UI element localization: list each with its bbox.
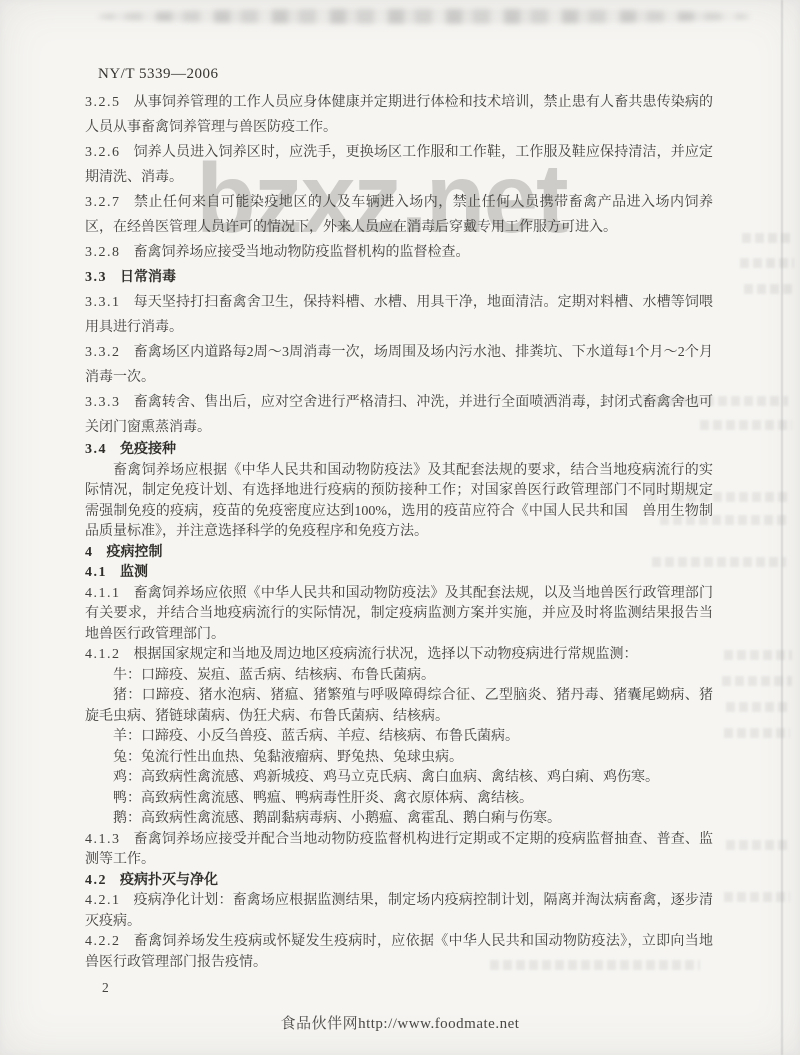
disease-list-item: 鸡：高致病性禽流感、鸡新城疫、鸡马立克氏病、禽白血病、禽结核、鸡白痢、鸡伤寒。	[85, 768, 713, 789]
clause-text: 从事饲养管理的工作人员应身体健康并定期进行体检和技术培训，禁止患有人畜共患传染病…	[85, 95, 713, 135]
clause-text: 疫病控制	[107, 545, 163, 560]
page-number: 2	[102, 980, 109, 996]
section-heading: 4疫病控制	[85, 543, 713, 564]
clause-paragraph: 4.2.2畜禽饲养场发生疫病或怀疑发生疫病时，应依据《中华人民共和国动物防疫法》…	[85, 932, 713, 973]
clause-text: 牛：口蹄疫、炭疽、蓝舌病、结核病、布鲁氏菌病。	[113, 668, 435, 683]
disease-list-item: 羊：口蹄疫、小反刍兽疫、蓝舌病、羊痘、结核病、布鲁氏菌病。	[85, 727, 713, 748]
clause-number: 3.3	[85, 270, 120, 285]
clause-text: 日常消毒	[120, 270, 176, 285]
clause-paragraph: 3.2.6饲养人员进入饲养区时，应洗手，更换场区工作服和工作鞋，工作服及鞋应保持…	[85, 140, 713, 190]
clause-text: 免疫接种	[120, 442, 176, 457]
clause-paragraph: 4.1.3畜禽饲养场应接受并配合当地动物防疫监督机构进行定期或不定期的疫病监督抽…	[85, 830, 713, 871]
clause-paragraph: 4.1.2根据国家规定和当地及周边地区疫病流行状况，选择以下动物疫病进行常规监测…	[85, 645, 713, 666]
bleed-through-artifact	[726, 702, 790, 712]
clause-number: 4.1.2	[85, 647, 134, 662]
clause-text: 兔：兔流行性出血热、兔黏液瘤病、野兔热、兔球虫病。	[113, 750, 463, 765]
bleed-through-artifact	[722, 676, 792, 686]
clause-number: 4.2.1	[85, 893, 134, 908]
clause-paragraph: 3.2.5从事饲养管理的工作人员应身体健康并定期进行体检和技术培训，禁止患有人畜…	[85, 90, 713, 140]
clause-text: 鸭：高致病性禽流感、鸭瘟、鸭病毒性肝炎、禽衣原体病、禽结核。	[113, 791, 533, 806]
clause-paragraph: 3.3.3畜禽转舍、售出后，应对空舍进行严格清扫、冲洗，并进行全面喷洒消毒，封闭…	[85, 390, 713, 440]
bleed-through-artifact	[744, 284, 792, 294]
bleed-through-artifact	[726, 840, 790, 850]
clause-number: 4.1.3	[85, 832, 134, 847]
clause-text: 猪：口蹄疫、猪水泡病、猪瘟、猪繁殖与呼吸障碍综合征、乙型脑炎、猪丹毒、猪囊尾蚴病…	[85, 688, 713, 724]
disease-list-item: 牛：口蹄疫、炭疽、蓝舌病、结核病、布鲁氏菌病。	[85, 666, 713, 687]
clause-paragraph: 3.3.2畜禽场区内道路每2周～3周消毒一次，场周围及场内污水池、排粪坑、下水道…	[85, 340, 713, 390]
clause-text: 畜禽饲养场应接受当地动物防疫监督机构的监督检查。	[134, 245, 470, 260]
section-heading: 3.3日常消毒	[85, 265, 713, 290]
bleed-through-artifact	[724, 650, 792, 660]
clause-text: 禁止任何来自可能染疫地区的人及车辆进入场内，禁止任何人员携带畜禽产品进入场内饲养…	[85, 195, 713, 235]
disease-list-item: 鹅：高致病性禽流感、鹅副黏病毒病、小鹅瘟、禽霍乱、鹅白痢与伤寒。	[85, 809, 713, 830]
clause-paragraph: 3.2.7禁止任何来自可能染疫地区的人及车辆进入场内，禁止任何人员携带畜禽产品进…	[85, 190, 713, 240]
clause-text: 畜禽饲养场应根据《中华人民共和国动物防疫法》及其配套法规的要求，结合当地疫病流行…	[85, 463, 713, 540]
bleed-through-artifact	[740, 258, 794, 268]
clause-text: 疫病扑灭与净化	[120, 873, 218, 888]
scanned-document-page: bzxz.net NY/T 5339—2006 3.2.5从事饲养管理的工作人员…	[0, 0, 800, 1055]
clause-number: 4.1	[85, 565, 120, 580]
clause-text: 监测	[120, 565, 148, 580]
bleed-through-artifact	[700, 420, 792, 430]
clause-number: 4.2.2	[85, 934, 134, 949]
disease-list-item: 鸭：高致病性禽流感、鸭瘟、鸭病毒性肝炎、禽衣原体病、禽结核。	[85, 789, 713, 810]
clause-number: 3.2.8	[85, 245, 134, 260]
clause-text: 根据国家规定和当地及周边地区疫病流行状况，选择以下动物疫病进行常规监测：	[134, 647, 638, 662]
disease-list-item: 猪：口蹄疫、猪水泡病、猪瘟、猪繁殖与呼吸障碍综合征、乙型脑炎、猪丹毒、猪囊尾蚴病…	[85, 686, 713, 727]
clause-number: 3.3.2	[85, 345, 134, 360]
disease-list-item: 兔：兔流行性出血热、兔黏液瘤病、野兔热、兔球虫病。	[85, 748, 713, 769]
clause-number: 4	[85, 545, 107, 560]
section-heading: 4.1监测	[85, 563, 713, 584]
clause-paragraph: 3.2.8畜禽饲养场应接受当地动物防疫监督机构的监督检查。	[85, 240, 713, 265]
clause-text: 疫病净化计划：畜禽场应根据监测结果，制定场内疫病控制计划，隔离并淘汰病畜禽，逐步…	[85, 893, 713, 929]
clause-paragraph: 畜禽饲养场应根据《中华人民共和国动物防疫法》及其配套法规的要求，结合当地疫病流行…	[85, 461, 713, 543]
clause-paragraph: 4.1.1畜禽饲养场应依照《中华人民共和国动物防疫法》及其配套法规，以及当地兽医…	[85, 584, 713, 646]
clause-number: 3.3.1	[85, 295, 134, 310]
standard-code: NY/T 5339—2006	[98, 66, 218, 83]
clause-number: 3.2.7	[85, 195, 134, 210]
clause-number: 3.2.5	[85, 95, 134, 110]
clause-text: 畜禽转舍、售出后，应对空舍进行严格清扫、冲洗，并进行全面喷洒消毒，封闭式畜禽舍也…	[85, 395, 713, 435]
clause-number: 4.1.1	[85, 586, 134, 601]
clause-number: 3.4	[85, 442, 120, 457]
clause-number: 4.2	[85, 873, 120, 888]
bleed-through-artifact	[742, 233, 792, 243]
bleed-through-artifact	[724, 892, 790, 902]
clause-text: 畜禽饲养场应依照《中华人民共和国动物防疫法》及其配套法规，以及当地兽医行政管理部…	[85, 586, 713, 642]
clause-number: 3.2.6	[85, 145, 134, 160]
clause-paragraph: 3.3.1每天坚持打扫畜禽舍卫生，保持料槽、水槽、用具干净，地面清洁。定期对料槽…	[85, 290, 713, 340]
footer-text: 食品伙伴网http://www.foodmate.net	[0, 1012, 800, 1033]
clause-text: 畜禽饲养场应接受并配合当地动物防疫监督机构进行定期或不定期的疫病监督抽查、普查、…	[85, 832, 713, 868]
clause-text: 饲养人员进入饲养区时，应洗手，更换场区工作服和工作鞋，工作服及鞋应保持清洁，并应…	[85, 145, 713, 185]
scan-smudge-artifact	[98, 9, 750, 24]
bleed-through-artifact	[724, 728, 790, 738]
clause-number: 3.3.3	[85, 395, 134, 410]
section-heading: 3.4免疫接种	[85, 440, 713, 461]
clause-text: 羊：口蹄疫、小反刍兽疫、蓝舌病、羊痘、结核病、布鲁氏菌病。	[113, 729, 519, 744]
clause-text: 每天坚持打扫畜禽舍卫生，保持料槽、水槽、用具干净，地面清洁。定期对料槽、水槽等饲…	[85, 295, 713, 335]
clause-text: 畜禽饲养场发生疫病或怀疑发生疫病时，应依据《中华人民共和国动物防疫法》，立即向当…	[85, 934, 713, 970]
document-body: 3.2.5从事饲养管理的工作人员应身体健康并定期进行体检和技术培训，禁止患有人畜…	[85, 90, 713, 973]
clause-paragraph: 4.2.1疫病净化计划：畜禽场应根据监测结果，制定场内疫病控制计划，隔离并淘汰病…	[85, 891, 713, 932]
section-heading: 4.2疫病扑灭与净化	[85, 871, 713, 892]
clause-text: 鹅：高致病性禽流感、鹅副黏病毒病、小鹅瘟、禽霍乱、鹅白痢与伤寒。	[113, 811, 561, 826]
clause-text: 畜禽场区内道路每2周～3周消毒一次，场周围及场内污水池、排粪坑、下水道每1个月～…	[85, 345, 713, 385]
clause-text: 鸡：高致病性禽流感、鸡新城疫、鸡马立克氏病、禽白血病、禽结核、鸡白痢、鸡伤寒。	[113, 770, 659, 785]
